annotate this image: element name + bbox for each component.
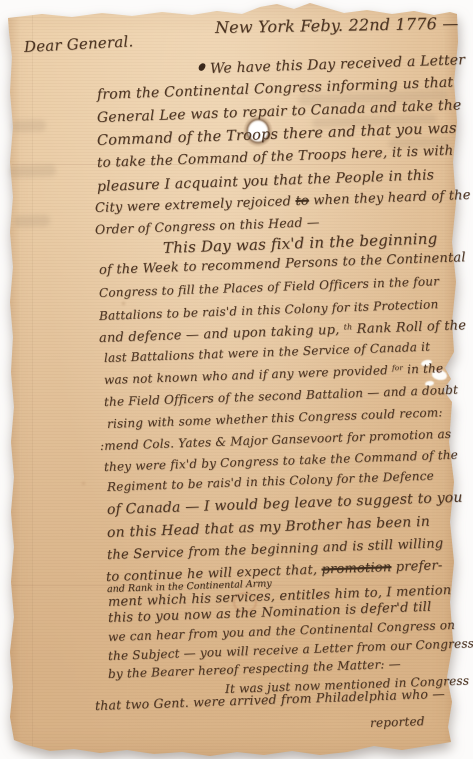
manuscript-text-layer: New York Feby. 22nd 1776 — Dear General.… bbox=[0, 0, 473, 759]
salutation: Dear General. bbox=[24, 34, 134, 55]
manuscript-line: We have this Day received a Letter bbox=[210, 53, 466, 76]
line-text: the Field Officers of the second Battali… bbox=[104, 383, 459, 409]
manuscript-line: Regiment to be rais'd in this Colony for… bbox=[107, 470, 434, 493]
dateline: New York Feby. 22nd 1776 — bbox=[215, 16, 459, 36]
manuscript-line: :mend Cols. Yates & Major Gansevoort for… bbox=[100, 428, 452, 452]
manuscript-line: reported bbox=[370, 715, 425, 729]
manuscript-line: General Lee was to repair to Canada and … bbox=[97, 98, 462, 125]
manuscript-line: to continue he will expect that, promoti… bbox=[106, 559, 443, 584]
ink-blot bbox=[198, 62, 207, 72]
line-text: Order of Congress on this Head — bbox=[95, 214, 320, 237]
struck-word: to bbox=[295, 194, 309, 209]
line-text: rising with some whether this Congress c… bbox=[107, 405, 443, 431]
line-text: on this Head that as my Brother has been… bbox=[107, 514, 431, 541]
manuscript-line: Battalions to be rais'd in this Colony f… bbox=[99, 298, 439, 322]
line-text: was not known who and if any were provid… bbox=[104, 363, 393, 387]
line-text: when they heard of the bbox=[309, 188, 471, 209]
line-text: We have this Day received a Letter bbox=[210, 52, 466, 77]
line-text: reported bbox=[370, 714, 425, 730]
line-text: Regiment to be rais'd in this Colony for… bbox=[107, 469, 434, 494]
line-text: of the Week to recommend Persons to the … bbox=[99, 250, 466, 278]
struck-word: promotion bbox=[321, 560, 391, 577]
manuscript-line: to take the Command of the Troops here, … bbox=[97, 145, 454, 171]
manuscript-line: that two Gent. were arrived from Philade… bbox=[95, 688, 445, 713]
line-text: Congress to fill the Places of Field Off… bbox=[99, 274, 440, 300]
manuscript-line: of Canada — I would beg leave to suggest… bbox=[107, 491, 463, 517]
line-text: City were extremely rejoiced bbox=[95, 194, 296, 216]
line-text: and defence — and upon taking up, bbox=[99, 322, 344, 346]
manuscript-line: on this Head that as my Brother has been… bbox=[107, 515, 430, 540]
manuscript-line: of the Week to recommend Persons to the … bbox=[99, 251, 466, 277]
manuscript-line: the Service from the beginning and is st… bbox=[107, 537, 444, 562]
inserted-word: for bbox=[392, 363, 403, 372]
line-text: Rank Roll of the bbox=[352, 318, 466, 337]
line-text: Battalions to be rais'd in this Colony f… bbox=[99, 297, 439, 323]
manuscript-line: from the Continental Congress informing … bbox=[97, 76, 454, 102]
manuscript-line: Congress to fill the Places of Field Off… bbox=[99, 275, 440, 299]
line-text: prefer- bbox=[391, 558, 443, 575]
manuscript-line: Order of Congress on this Head — bbox=[95, 216, 320, 236]
scanned-letter-page: New York Feby. 22nd 1776 — Dear General.… bbox=[0, 0, 473, 759]
manuscript-line: was not known who and if any were provid… bbox=[104, 362, 444, 386]
line-text: in the bbox=[403, 361, 444, 376]
manuscript-line: rising with some whether this Congress c… bbox=[107, 406, 443, 430]
manuscript-line: the Field Officers of the second Battali… bbox=[104, 384, 458, 408]
